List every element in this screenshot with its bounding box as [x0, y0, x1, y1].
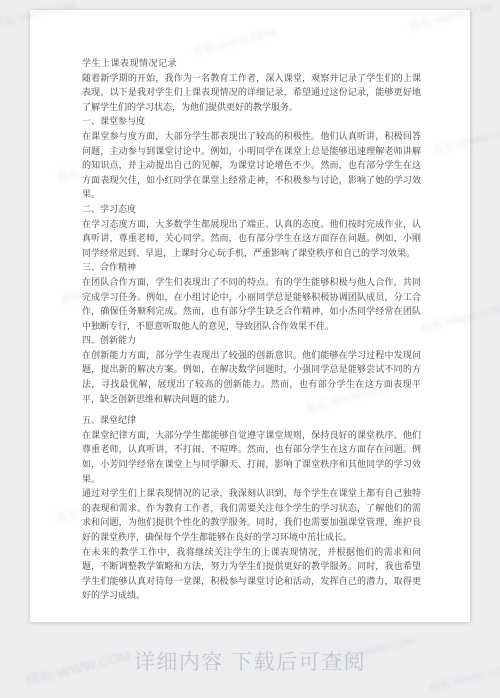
- section-heading-4: 四、创新能力: [82, 333, 421, 348]
- section-paragraph-1: 在课堂参与度方面，大部分学生都表现出了较高的积极性。他们认真听讲，积极回答问题，…: [82, 129, 421, 202]
- document-paragraph-summary: 通过对学生们上课表现情况的记录，我深刻认识到，每个学生在课堂上都有自己独特的表现…: [82, 486, 421, 544]
- section-paragraph-4: 在创新能力方面，部分学生表现出了较强的创新意识。他们能够在学习过程中发现问题，提…: [82, 348, 421, 406]
- download-notice: 详细内容 下载后可查阅: [134, 646, 366, 676]
- preview-background: 模板-WWW.COM 模板-WWW.COM 模板-WWW.COM 模板-WWW.…: [0, 0, 500, 698]
- section-heading-5: 五、课堂纪律: [82, 413, 421, 428]
- section-heading-2: 二、学习态度: [82, 202, 421, 217]
- section-paragraph-2: 在学习态度方面，大多数学生都展现出了端正、认真的态度。他们按时完成作业，认真听讲…: [82, 217, 421, 261]
- section-paragraph-5: 在课堂纪律方面，大部分学生都能够自觉遵守课堂规则，保持良好的课堂秩序。他们尊重老…: [82, 428, 421, 486]
- section-paragraph-3: 在团队合作方面，学生们表现出了不同的特点。有的学生能够积极与他人合作，共同完成学…: [82, 275, 421, 333]
- document-paragraph-outlook: 在未来的教学工作中，我将继续关注学生的上课表现情况，并根据他们的需求和问题，不断…: [82, 545, 421, 603]
- section-heading-1: 一、课堂参与度: [82, 114, 421, 129]
- download-notice-bar: 详细内容 下载后可查阅: [0, 622, 500, 698]
- section-heading-3: 三、合作精神: [82, 260, 421, 275]
- document-page: 学生上课表现情况记录 随着新学期的开始，我作为一名教育工作者，深入课堂，观察并记…: [30, 10, 470, 622]
- document-body: 学生上课表现情况记录 随着新学期的开始，我作为一名教育工作者，深入课堂，观察并记…: [82, 56, 421, 603]
- document-paragraph-intro: 随着新学期的开始，我作为一名教育工作者，深入课堂，观察并记录了学生们的上课表现。…: [82, 71, 421, 115]
- document-title: 学生上课表现情况记录: [82, 56, 421, 71]
